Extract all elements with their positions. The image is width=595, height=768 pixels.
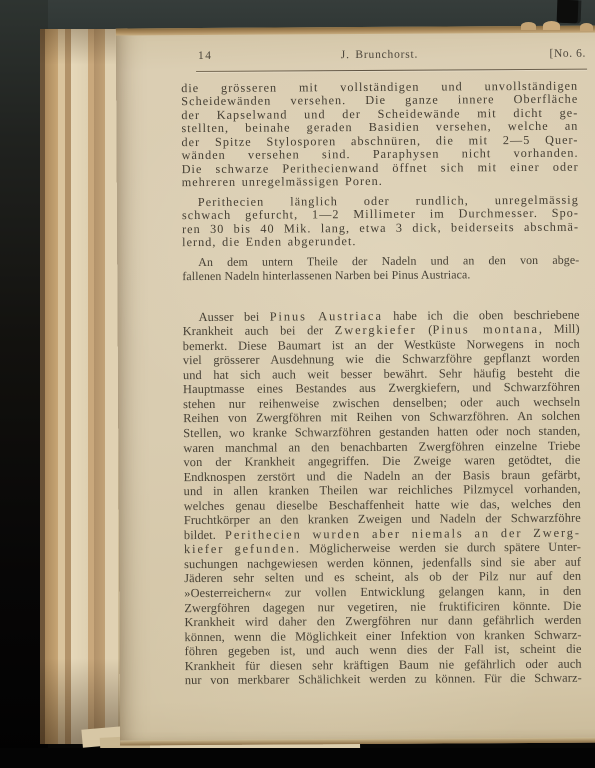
page-corner-bump bbox=[580, 23, 593, 31]
text-line: ren 30 bis 40 Mik. lang, etwa 3 dick, be… bbox=[182, 220, 579, 236]
scanned-book-photo: { "colors": { "backdrop": "#313836", "pa… bbox=[0, 0, 595, 768]
text-line: lernd, die Enden abgerundet. bbox=[182, 234, 579, 250]
text-segment: habe ich die oben beschriebene bbox=[383, 307, 580, 322]
text-line: mehreren unregelmässigen Poren. bbox=[182, 174, 579, 190]
letterspaced-emphasis: Zwergkiefer bbox=[335, 323, 417, 338]
paragraph: Perithecien länglich oder rundlich, unre… bbox=[182, 193, 579, 249]
book-page: 14 J. Brunchorst. [No. 6. die grösseren … bbox=[116, 26, 595, 746]
text-segment: , Mill) bbox=[539, 322, 580, 336]
text-segment: mehreren unregelmässigen Poren. bbox=[182, 174, 383, 189]
text-segment: Ausser bei bbox=[199, 309, 270, 323]
paragraph: An dem untern Theile der Nadeln und an d… bbox=[182, 254, 579, 284]
text-segment: lernd, die Enden abgerundet. bbox=[182, 234, 356, 249]
running-title: J. Brunchorst. bbox=[181, 48, 578, 62]
page-header: 14 J. Brunchorst. [No. 6. bbox=[181, 48, 578, 66]
letterspaced-emphasis: kiefer gefunden. bbox=[184, 542, 301, 557]
text-segment: fallenen Nadeln hinterlassenen Narben be… bbox=[182, 267, 470, 283]
text-segment: nur von merkbarer Schälichkeit werden zu… bbox=[185, 671, 582, 687]
page-edge-strip bbox=[65, 29, 71, 744]
page-edge-strip bbox=[88, 29, 94, 744]
letterspaced-emphasis: Perithecien wurden aber niemals an der Z… bbox=[225, 526, 581, 542]
text-segment: bildet. bbox=[184, 528, 225, 542]
text-segment: Krankheit auch bei der bbox=[183, 323, 335, 338]
letterspaced-emphasis: Pinus montana bbox=[432, 322, 538, 337]
book-page-stack bbox=[40, 29, 124, 744]
text-segment: Möglicherweise werden sie durch spätere … bbox=[301, 540, 581, 556]
text-segment: ( bbox=[417, 323, 433, 337]
page-edge-strip bbox=[94, 29, 105, 744]
page-edge-strip bbox=[58, 29, 65, 744]
text-segment: ren 30 bis 40 Mik. lang, etwa 3 dick, be… bbox=[182, 219, 579, 235]
backdrop-bottom bbox=[0, 748, 595, 768]
page-text: die grösseren mit vollständigen und unvo… bbox=[181, 80, 582, 688]
page-edge-strip bbox=[71, 29, 88, 744]
text-line: fallenen Nadeln hinterlassenen Narben be… bbox=[182, 268, 579, 284]
issue-number: [No. 6. bbox=[549, 48, 586, 60]
header-rule bbox=[196, 69, 587, 72]
clamp-shadow bbox=[557, 0, 579, 23]
paragraph: die grösseren mit vollständigen und unvo… bbox=[181, 80, 579, 190]
text-line: nur von merkbarer Schälichkeit werden zu… bbox=[185, 671, 582, 688]
page-edge-strip bbox=[40, 29, 45, 744]
page-corner-bump bbox=[521, 22, 536, 30]
paragraph: Ausser bei Pinus Austriaca habe ich die … bbox=[183, 307, 582, 688]
page-edge-strip bbox=[45, 29, 58, 744]
letterspaced-emphasis: Pinus Austriaca bbox=[270, 309, 383, 324]
